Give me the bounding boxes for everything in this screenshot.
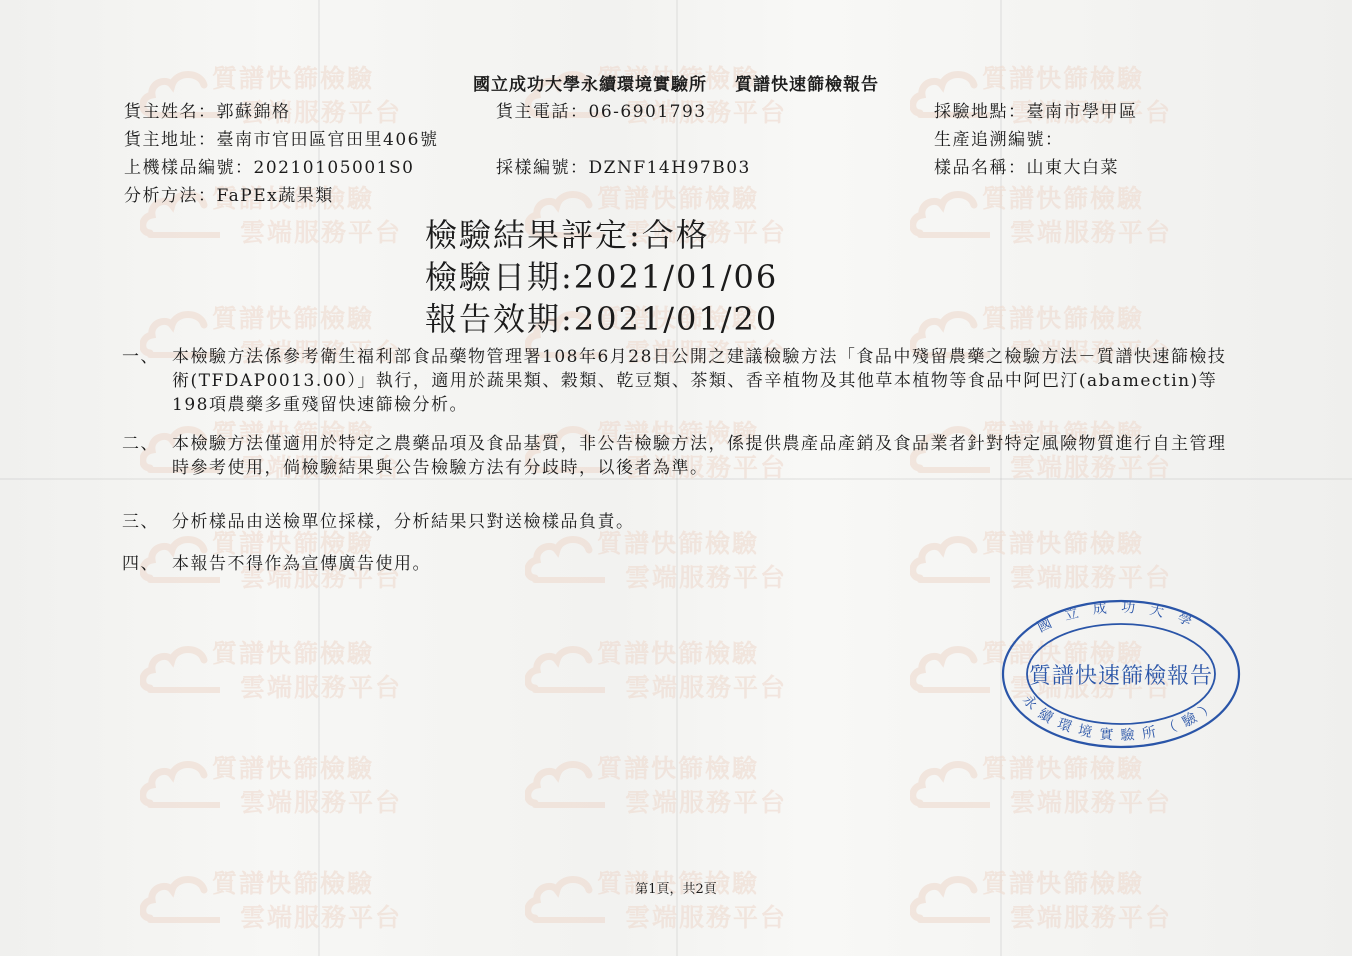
cloud-icon	[910, 638, 990, 698]
test-date-line: 檢驗日期2021/01/06	[425, 252, 778, 298]
note-item: 二、 本檢驗方法僅適用於特定之農藥品項及食品基質，非公告檢驗方法，係提供農產品產…	[122, 432, 1232, 480]
institution-name: 國立成功大學永續環境實驗所	[473, 75, 707, 95]
report-page: 質譜快篩檢驗雲端服務平台質譜快篩檢驗雲端服務平台質譜快篩檢驗雲端服務平台質譜快篩…	[0, 0, 1352, 956]
test-date-value: 2021/01/06	[574, 258, 778, 296]
official-stamp: 國立成功大學 永續環境實驗所（驗） 質譜快速篩檢報告	[1000, 598, 1242, 750]
sample-id-field: 上機樣品編號20210105001S0	[124, 153, 414, 178]
note-item: 一、 本檢驗方法係參考衛生福利部食品藥物管理署108年6月28日公開之建議檢驗方…	[122, 345, 1232, 417]
cloud-icon	[525, 753, 605, 813]
watermark: 質譜快篩檢驗雲端服務平台	[140, 745, 420, 835]
note-item: 四、 本報告不得作為宣傳廣告使用。	[122, 552, 1232, 576]
sampling-location-field: 採驗地點臺南市學甲區	[934, 97, 1138, 122]
watermark: 質譜快篩檢驗雲端服務平台	[910, 745, 1190, 835]
watermark: 質譜快篩檢驗雲端服務平台	[140, 630, 420, 720]
cloud-icon	[140, 753, 220, 813]
verdict-line: 檢驗結果評定合格	[425, 210, 710, 256]
sampling-no-field: 採樣編號DZNF14H97B03	[496, 153, 751, 178]
cloud-icon	[910, 753, 990, 813]
cloud-icon	[525, 868, 605, 928]
watermark: 質譜快篩檢驗雲端服務平台	[525, 860, 805, 950]
watermark: 質譜快篩檢驗雲端服務平台	[910, 860, 1190, 950]
stamp-center-text: 質譜快速篩檢報告	[1000, 598, 1242, 750]
valid-until-value: 2021/01/20	[574, 300, 778, 338]
watermark: 質譜快篩檢驗雲端服務平台	[525, 630, 805, 720]
valid-until-line: 報告效期2021/01/20	[425, 294, 778, 340]
owner-phone-field: 貨主電話06-6901793	[496, 97, 707, 122]
cloud-icon	[910, 183, 990, 243]
owner-address-field: 貨主地址臺南市官田區官田里406號	[124, 125, 438, 150]
watermark: 質譜快篩檢驗雲端服務平台	[910, 175, 1190, 265]
watermark: 質譜快篩檢驗雲端服務平台	[140, 860, 420, 950]
cloud-icon	[140, 638, 220, 698]
analysis-method-field: 分析方法FaPEx蔬果類	[124, 181, 334, 206]
traceability-no-field: 生產追溯編號	[934, 125, 1064, 150]
page-number: 第1頁，共2頁	[0, 878, 1352, 897]
owner-name-field: 貨主姓名郭蘇錦格	[124, 97, 291, 122]
verdict-value: 合格	[642, 216, 710, 254]
report-header: 國立成功大學永續環境實驗所質譜快速篩檢報告	[0, 70, 1352, 95]
note-item: 三、 分析樣品由送檢單位採樣，分析結果只對送檢樣品負責。	[122, 510, 1232, 534]
sample-name-field: 樣品名稱山東大白菜	[934, 153, 1119, 178]
cloud-icon	[140, 868, 220, 928]
cloud-icon	[910, 868, 990, 928]
cloud-icon	[525, 638, 605, 698]
watermark: 質譜快篩檢驗雲端服務平台	[525, 745, 805, 835]
report-title: 質譜快速篩檢報告	[735, 75, 879, 95]
